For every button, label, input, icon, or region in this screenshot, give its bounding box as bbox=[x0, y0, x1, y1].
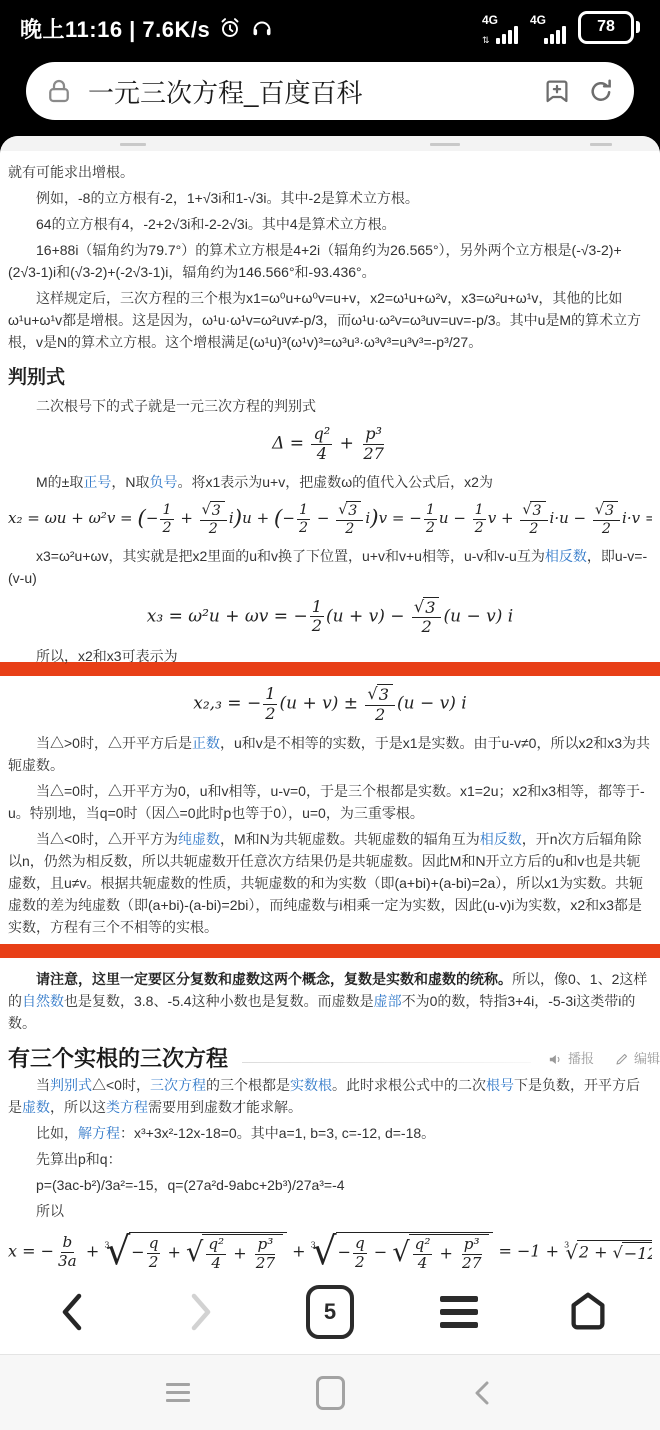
inline-link[interactable]: 类方程 bbox=[106, 1099, 148, 1115]
paragraph: 当△>0时，△开平方后是正数，u和v是不相等的实数，于是x1是实数。由于u-v≠… bbox=[8, 732, 652, 776]
alarm-icon bbox=[218, 16, 242, 40]
forward-button[interactable] bbox=[173, 1284, 229, 1340]
paragraph: x3=ω²u+ωv，其实就是把x2里面的u和v换了下位置，u+v和v+u相等，u… bbox=[8, 545, 652, 589]
text-run: ，所以这 bbox=[50, 1099, 106, 1115]
back-icon bbox=[55, 1290, 89, 1334]
status-right: 4G ⇅ 4G 78 bbox=[482, 11, 640, 46]
text-run: 需要用到虚数才能求解。 bbox=[148, 1099, 302, 1115]
tabs-icon: 5 bbox=[306, 1285, 354, 1339]
paragraph: 这样规定后，三次方程的三个根为x1=ω⁰u+ω⁰v=u+v，x2=ω¹u+ω²v… bbox=[8, 287, 652, 353]
paragraph: 就有可能求出增根。 bbox=[8, 161, 652, 183]
text-run: x3=ω²u+ωv，其实就是把x2里面的u和v换了下位置，u+v和v+u相等，u… bbox=[36, 548, 545, 564]
status-left: 晚上11:16 | 7.6K/s bbox=[20, 13, 274, 44]
highlight-bar bbox=[0, 944, 660, 958]
inline-link[interactable]: 解方程 bbox=[78, 1125, 120, 1141]
paragraph: 例如，-8的立方根有-2，1+√3i和1-√3i。其中-2是算术立方根。 bbox=[8, 187, 652, 209]
scrolled-content-remnant bbox=[0, 136, 660, 151]
recents-button[interactable] bbox=[156, 1371, 200, 1415]
inline-link[interactable]: 根号 bbox=[486, 1077, 514, 1093]
text-run: 。此时求根公式中的二次 bbox=[332, 1077, 486, 1093]
text-run: 当 bbox=[36, 1077, 50, 1093]
home-square-icon bbox=[316, 1376, 345, 1410]
text-run: 。将x1表示为u+v，把虚数ω的值代入公式后，x2为 bbox=[177, 474, 492, 490]
menu-button[interactable] bbox=[431, 1284, 487, 1340]
text-run: 当△<0时，△开平方为 bbox=[36, 831, 178, 847]
paragraph: 64的立方根有4，-2+2√3i和-2-2√3i。其中4是算术立方根。 bbox=[8, 213, 652, 235]
inline-link[interactable]: 虚部 bbox=[374, 993, 402, 1009]
inline-link[interactable]: 相反数 bbox=[545, 548, 587, 564]
system-back-button[interactable] bbox=[460, 1371, 504, 1415]
time-and-speed-label: 晚上11:16 | 7.6K/s bbox=[20, 13, 210, 44]
paragraph: 请注意，这里一定要区分复数和虚数这两个概念，复数是实数和虚数的统称。所以，像0、… bbox=[8, 968, 652, 1034]
back-button[interactable] bbox=[44, 1284, 100, 1340]
battery-percent: 78 bbox=[578, 11, 634, 44]
refresh-icon[interactable] bbox=[586, 76, 616, 106]
inline-link[interactable]: 正数 bbox=[192, 735, 220, 751]
inline-link[interactable]: 纯虚数 bbox=[178, 831, 220, 847]
network-badge: 4G bbox=[482, 14, 498, 26]
section-heading-discriminant: 判别式 bbox=[8, 367, 652, 389]
signal-bars-icon: 4G bbox=[530, 14, 566, 46]
inline-link[interactable]: 相反数 bbox=[480, 831, 522, 847]
inline-link[interactable]: 虚数 bbox=[22, 1099, 50, 1115]
paragraph: 当△=0时，△开平方为0，u和v相等，u-v=0，于是三个根都是实数。x1=2u… bbox=[8, 780, 652, 824]
text-run: 的三个根都是 bbox=[206, 1077, 290, 1093]
formula-x23: x₂,₃ = −12(u + v) ± √32(u − v) i bbox=[8, 684, 652, 724]
paragraph: p=(3ac-b²)/3a²=-15，q=(27a²d-9abc+2b³)/27… bbox=[8, 1174, 652, 1196]
formula-x2: x₂ = ωu + ω²v = (−12 + √32i)u + (−12 − √… bbox=[8, 501, 652, 537]
formula-x3: x₃ = ω²u + ωv = −12(u + v) − √32(u − v) … bbox=[8, 597, 652, 637]
section-heading-row: 有三个实根的三次方程 播报 编辑 bbox=[8, 1048, 652, 1070]
inline-link[interactable]: 实数根 bbox=[290, 1077, 332, 1093]
inline-link[interactable]: 自然数 bbox=[22, 993, 64, 1009]
heading-actions: 播报 编辑 bbox=[547, 1048, 660, 1070]
text-run: ，N取 bbox=[111, 474, 149, 490]
paragraph: 二次根号下的式子就是一元三次方程的判别式 bbox=[8, 395, 652, 417]
text-run: ，M和N为共轭虚数。共轭虚数的辐角互为 bbox=[220, 831, 480, 847]
text-run: 当△>0时，△开平方后是 bbox=[36, 735, 192, 751]
formula-x-solution: x = −b3a + 3√−q2 + √q²4 + p³27 + 3√−q2 −… bbox=[8, 1232, 652, 1270]
recents-icon bbox=[166, 1383, 190, 1402]
edit-button[interactable]: 编辑 bbox=[614, 1048, 660, 1070]
page-sheet: 就有可能求出增根。 例如，-8的立方根有-2，1+√3i和1-√3i。其中-2是… bbox=[0, 136, 660, 1270]
system-nav-bar bbox=[0, 1354, 660, 1430]
system-home-button[interactable] bbox=[308, 1371, 352, 1415]
inline-link[interactable]: 三次方程 bbox=[150, 1077, 206, 1093]
formula-delta: Δ = q²4 + p³27 bbox=[8, 425, 652, 463]
menu-icon bbox=[440, 1296, 478, 1328]
browser-bottom-nav: 5 bbox=[0, 1270, 660, 1354]
paragraph: M的±取正号，N取负号。将x1表示为u+v，把虚数ω的值代入公式后，x2为 bbox=[8, 471, 652, 493]
inline-link[interactable]: 负号 bbox=[149, 474, 177, 490]
paragraph: 比如，解方程：x³+3x²-12x-18=0。其中a=1, b=3, c=-12… bbox=[8, 1122, 652, 1144]
browser-chrome: 一元三次方程_百度百科 bbox=[0, 56, 660, 136]
paragraph: 当△<0时，△开平方为纯虚数，M和N为共轭虚数。共轭虚数的辐角互为相反数，开n次… bbox=[8, 828, 652, 938]
phone-screen: 晚上11:16 | 7.6K/s 4G ⇅ 4G bbox=[0, 0, 660, 1430]
bold-text: 请注意，这里一定要区分复数和虚数这两个概念，复数是实数和虚数的统称。 bbox=[36, 971, 512, 987]
paragraph: 16+88i（辐角约为79.7°）的算术立方根是4+2i（辐角约为26.565°… bbox=[8, 239, 652, 283]
bookmark-add-icon[interactable] bbox=[542, 76, 572, 106]
forward-icon bbox=[184, 1290, 218, 1334]
back-chevron-icon bbox=[471, 1379, 493, 1407]
paragraph: 先算出p和q： bbox=[8, 1148, 652, 1170]
text-run: △<0时， bbox=[92, 1077, 150, 1093]
article-content[interactable]: 就有可能求出增根。 例如，-8的立方根有-2，1+√3i和1-√3i。其中-2是… bbox=[0, 151, 660, 1270]
paragraph: 所以 bbox=[8, 1200, 652, 1222]
text-run: 也是复数，3.8、-5.4这种小数也是复数。而虚数是 bbox=[64, 993, 374, 1009]
home-button[interactable] bbox=[560, 1284, 616, 1340]
battery-icon: 78 bbox=[578, 11, 640, 44]
broadcast-button[interactable]: 播报 bbox=[547, 1048, 594, 1070]
headset-icon bbox=[250, 16, 274, 40]
heading-divider bbox=[242, 1062, 531, 1063]
paragraph: 当判别式△<0时，三次方程的三个根都是实数根。此时求根公式中的二次根号下是负数，… bbox=[8, 1074, 652, 1118]
text-run: M的±取 bbox=[36, 474, 83, 490]
section-heading-three-real: 有三个实根的三次方程 bbox=[8, 1048, 228, 1070]
pencil-icon bbox=[614, 1051, 630, 1067]
speaker-icon bbox=[547, 1051, 564, 1068]
lock-icon bbox=[44, 76, 74, 106]
status-bar: 晚上11:16 | 7.6K/s 4G ⇅ 4G bbox=[0, 0, 660, 56]
network-badge: 4G bbox=[530, 14, 546, 26]
text-run: ：x³+3x²-12x-18=0。其中a=1, b=3, c=-12, d=-1… bbox=[120, 1125, 435, 1141]
tabs-button[interactable]: 5 bbox=[302, 1284, 358, 1340]
signal-bars-icon: 4G ⇅ bbox=[482, 14, 518, 46]
home-icon bbox=[565, 1289, 611, 1335]
inline-link[interactable]: 正号 bbox=[83, 474, 111, 490]
page-title[interactable]: 一元三次方程_百度百科 bbox=[88, 73, 528, 110]
inline-link[interactable]: 判别式 bbox=[50, 1077, 92, 1093]
data-arrows-icon: ⇅ bbox=[482, 36, 490, 45]
text-run: 比如， bbox=[36, 1125, 78, 1141]
address-bar[interactable]: 一元三次方程_百度百科 bbox=[26, 62, 634, 120]
